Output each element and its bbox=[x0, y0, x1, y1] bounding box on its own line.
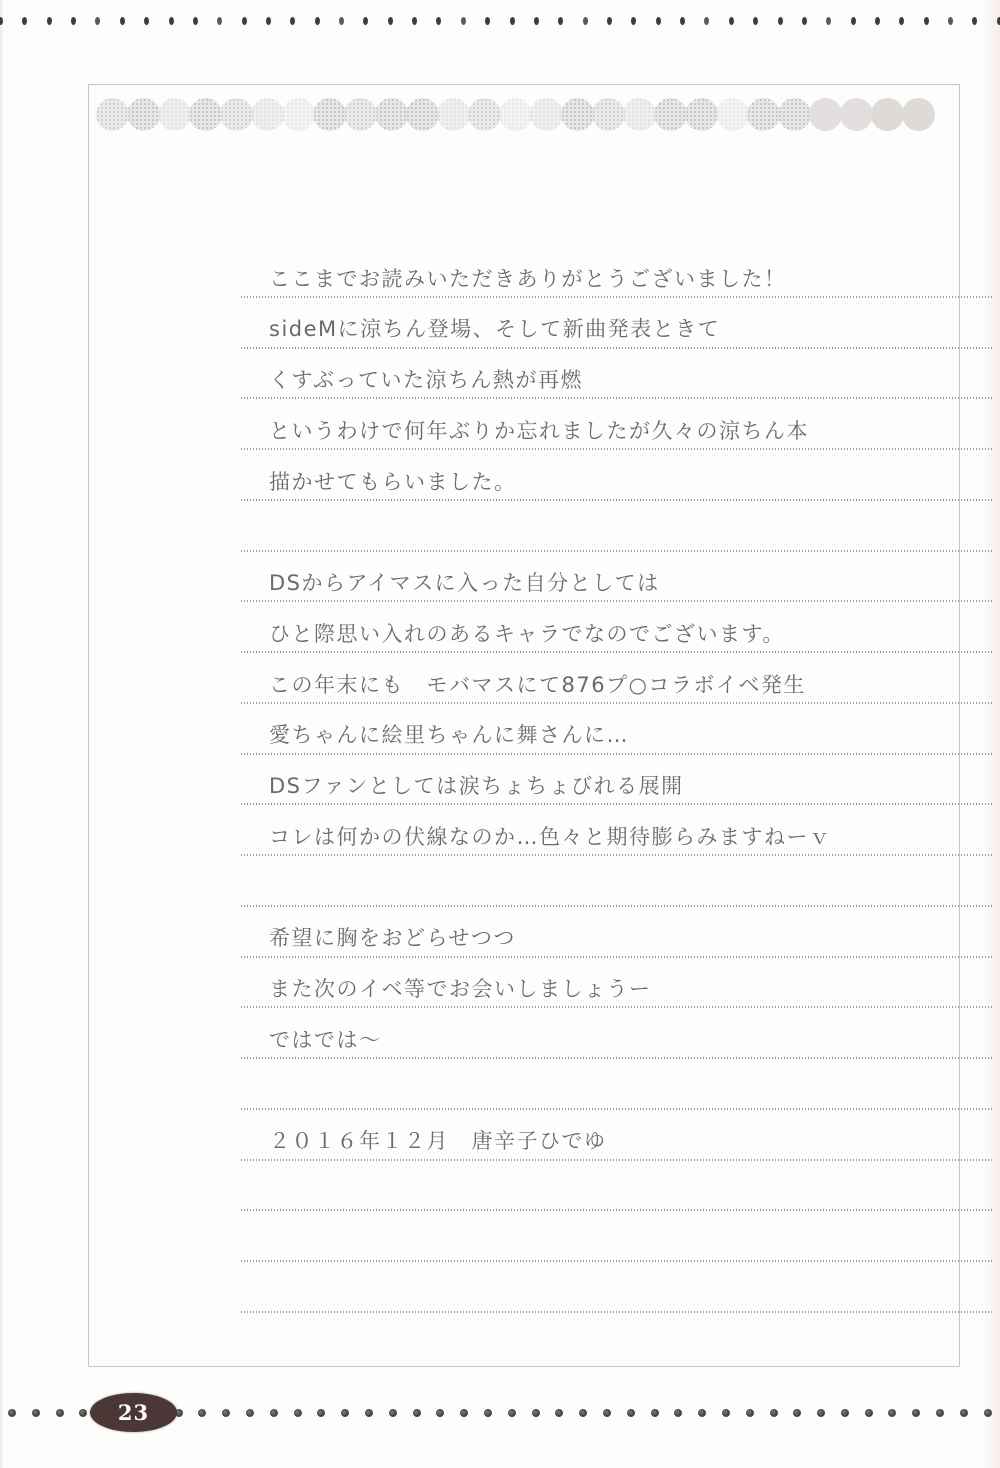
top-dot bbox=[193, 17, 198, 25]
text-row: くすぶっていた涼ちん熱が再燃 bbox=[241, 349, 994, 400]
decor-circle bbox=[840, 98, 873, 131]
bottom-dot bbox=[770, 1409, 778, 1417]
text-row bbox=[241, 1211, 994, 1262]
bottom-dot bbox=[627, 1409, 635, 1417]
top-dot bbox=[95, 17, 100, 25]
decor-circle bbox=[468, 98, 501, 131]
bottom-dot bbox=[222, 1409, 230, 1417]
top-dot bbox=[826, 17, 831, 25]
top-dot bbox=[631, 17, 636, 25]
bottom-dot bbox=[651, 1409, 659, 1417]
page-number-badge: 23 bbox=[90, 1393, 177, 1432]
bottom-dot bbox=[198, 1409, 206, 1417]
top-dot bbox=[120, 17, 125, 25]
top-dot bbox=[412, 17, 417, 25]
top-dot bbox=[485, 17, 490, 25]
decor-circle bbox=[282, 98, 315, 131]
text-row: DSファンとしては涙ちょちょびれる展開 bbox=[241, 755, 994, 806]
decor-circle bbox=[406, 98, 439, 131]
top-dot bbox=[534, 17, 539, 25]
top-dot bbox=[169, 17, 174, 25]
page-number: 23 bbox=[118, 1400, 149, 1425]
top-dot bbox=[607, 17, 612, 25]
top-dot bbox=[266, 17, 271, 25]
top-dot bbox=[0, 17, 3, 25]
text-row: この年末にも モバマスにて876プ○コラボイベ発生 bbox=[241, 653, 994, 704]
bottom-dot bbox=[603, 1409, 611, 1417]
top-dot bbox=[680, 17, 685, 25]
bottom-dot bbox=[984, 1409, 992, 1417]
bottom-dot bbox=[579, 1409, 587, 1417]
text-row: ２０１６年１２月 唐辛子ひでゆ bbox=[241, 1110, 994, 1161]
decor-circle bbox=[344, 98, 377, 131]
top-dot bbox=[22, 17, 27, 25]
top-dot bbox=[948, 17, 953, 25]
top-dot bbox=[924, 17, 929, 25]
bottom-dot bbox=[841, 1409, 849, 1417]
decor-circle bbox=[251, 98, 284, 131]
top-dot bbox=[436, 17, 441, 25]
bottom-dot bbox=[389, 1409, 397, 1417]
decor-circle bbox=[561, 98, 594, 131]
decor-circle bbox=[530, 98, 563, 131]
decor-circle bbox=[902, 98, 935, 131]
decor-circle bbox=[437, 98, 470, 131]
scan-edge-left bbox=[0, 0, 4, 1468]
row-text: 描かせてもらいました。 bbox=[269, 471, 517, 494]
top-dot bbox=[875, 17, 880, 25]
row-text: また次のイベ等でお会いしましょうー bbox=[269, 978, 652, 1001]
top-dot bbox=[242, 17, 247, 25]
text-row: ここまでお読みいただきありがとうございました！ bbox=[241, 247, 994, 298]
top-dot bbox=[71, 17, 76, 25]
row-text: DSファンとしては涙ちょちょびれる展開 bbox=[269, 775, 684, 798]
top-dot bbox=[753, 17, 758, 25]
text-row bbox=[241, 501, 994, 552]
row-text: DSからアイマスに入った自分としては bbox=[269, 572, 660, 595]
row-text: ここまでお読みいただきありがとうございました！ bbox=[269, 268, 787, 291]
decor-circle bbox=[654, 98, 687, 131]
text-row bbox=[241, 856, 994, 907]
text-row: sideMに涼ちん登場、そして新曲発表ときて bbox=[241, 298, 994, 349]
decor-circles-row bbox=[96, 98, 933, 131]
bottom-dot bbox=[294, 1409, 302, 1417]
row-text: 愛ちゃんに絵里ちゃんに舞さんに… bbox=[269, 724, 629, 747]
bottom-dot bbox=[413, 1409, 421, 1417]
bottom-dot bbox=[460, 1409, 468, 1417]
text-row: 希望に胸をおどらせつつ bbox=[241, 907, 994, 958]
top-dot bbox=[729, 17, 734, 25]
row-text: ひと際思い入れのあるキャラでなのでございます。 bbox=[269, 623, 785, 646]
row-text: この年末にも モバマスにて876プ○コラボイベ発生 bbox=[269, 674, 806, 697]
text-row bbox=[241, 1161, 994, 1212]
decor-circle bbox=[716, 98, 749, 131]
bottom-dot bbox=[341, 1409, 349, 1417]
top-dot bbox=[583, 17, 588, 25]
top-dot bbox=[315, 17, 320, 25]
top-dot bbox=[656, 17, 661, 25]
top-dot bbox=[802, 17, 807, 25]
text-row bbox=[241, 1262, 994, 1313]
bottom-dot bbox=[32, 1409, 40, 1417]
row-text: というわけで何年ぶりか忘れましたが久々の涼ちん本 bbox=[269, 420, 809, 443]
bottom-dot bbox=[960, 1409, 968, 1417]
top-dot bbox=[461, 17, 466, 25]
bottom-dot bbox=[746, 1409, 754, 1417]
text-row: ひと際思い入れのあるキャラでなのでございます。 bbox=[241, 602, 994, 653]
bottom-dot bbox=[532, 1409, 540, 1417]
top-dot bbox=[851, 17, 856, 25]
text-row bbox=[241, 1059, 994, 1110]
decor-circle bbox=[189, 98, 222, 131]
row-text: 希望に胸をおどらせつつ bbox=[269, 927, 516, 950]
row-text: くすぶっていた涼ちん熱が再燃 bbox=[269, 369, 583, 392]
bottom-dot bbox=[270, 1409, 278, 1417]
bottom-dot bbox=[912, 1409, 920, 1417]
top-dot bbox=[144, 17, 149, 25]
bottom-dot bbox=[8, 1409, 16, 1417]
top-dot bbox=[339, 17, 344, 25]
bottom-dot bbox=[722, 1409, 730, 1417]
afterword-frame: ここまでお読みいただきありがとうございました！sideMに涼ちん登場、そして新曲… bbox=[88, 84, 960, 1367]
bottom-dot bbox=[817, 1409, 825, 1417]
bottom-dot bbox=[365, 1409, 373, 1417]
top-dot bbox=[363, 17, 368, 25]
bottom-dot bbox=[936, 1409, 944, 1417]
bottom-dot bbox=[436, 1409, 444, 1417]
decor-circle bbox=[592, 98, 625, 131]
bottom-dot bbox=[698, 1409, 706, 1417]
top-dot bbox=[510, 17, 515, 25]
top-dots-border bbox=[0, 17, 1000, 25]
text-row: 描かせてもらいました。 bbox=[241, 450, 994, 501]
decor-circle bbox=[685, 98, 718, 131]
bottom-dot bbox=[508, 1409, 516, 1417]
bottom-dot bbox=[79, 1409, 87, 1417]
decor-circle bbox=[747, 98, 780, 131]
bottom-dot bbox=[56, 1409, 64, 1417]
row-text: コレは何かの伏線なのか…色々と期待膨らみますねーｖ bbox=[269, 826, 832, 849]
decor-circle bbox=[220, 98, 253, 131]
top-dot bbox=[290, 17, 295, 25]
row-text: ２０１６年１２月 唐辛子ひでゆ bbox=[269, 1130, 607, 1153]
row-text: sideMに涼ちん登場、そして新曲発表ときて bbox=[269, 318, 720, 341]
bottom-dot bbox=[555, 1409, 563, 1417]
afterword-lines: ここまでお読みいただきありがとうございました！sideMに涼ちん登場、そして新曲… bbox=[241, 247, 994, 1313]
top-dot bbox=[558, 17, 563, 25]
decor-circle bbox=[375, 98, 408, 131]
text-row: コレは何かの伏線なのか…色々と期待膨らみますねーｖ bbox=[241, 805, 994, 856]
decor-circle bbox=[127, 98, 160, 131]
bottom-dot bbox=[865, 1409, 873, 1417]
row-text: ではでは～ bbox=[269, 1029, 382, 1052]
top-dot bbox=[778, 17, 783, 25]
text-row: 愛ちゃんに絵里ちゃんに舞さんに… bbox=[241, 704, 994, 755]
bottom-dot bbox=[674, 1409, 682, 1417]
bottom-dot bbox=[484, 1409, 492, 1417]
decor-circle bbox=[778, 98, 811, 131]
text-row: というわけで何年ぶりか忘れましたが久々の涼ちん本 bbox=[241, 399, 994, 450]
text-row: ではでは～ bbox=[241, 1008, 994, 1059]
top-dot bbox=[899, 17, 904, 25]
bottom-dot bbox=[317, 1409, 325, 1417]
bottom-dot bbox=[793, 1409, 801, 1417]
text-row: DSからアイマスに入った自分としては bbox=[241, 552, 994, 603]
top-dot bbox=[972, 17, 977, 25]
bottom-dot bbox=[888, 1409, 896, 1417]
bottom-dot bbox=[246, 1409, 254, 1417]
decor-circle bbox=[96, 98, 129, 131]
top-dot bbox=[47, 17, 52, 25]
decor-circle bbox=[623, 98, 656, 131]
decor-circle bbox=[871, 98, 904, 131]
decor-circle bbox=[313, 98, 346, 131]
top-dot bbox=[388, 17, 393, 25]
top-dot bbox=[704, 17, 709, 25]
text-row: また次のイベ等でお会いしましょうー bbox=[241, 958, 994, 1009]
decor-circle bbox=[499, 98, 532, 131]
top-dot bbox=[217, 17, 222, 25]
decor-circle bbox=[809, 98, 842, 131]
decor-circle bbox=[158, 98, 191, 131]
